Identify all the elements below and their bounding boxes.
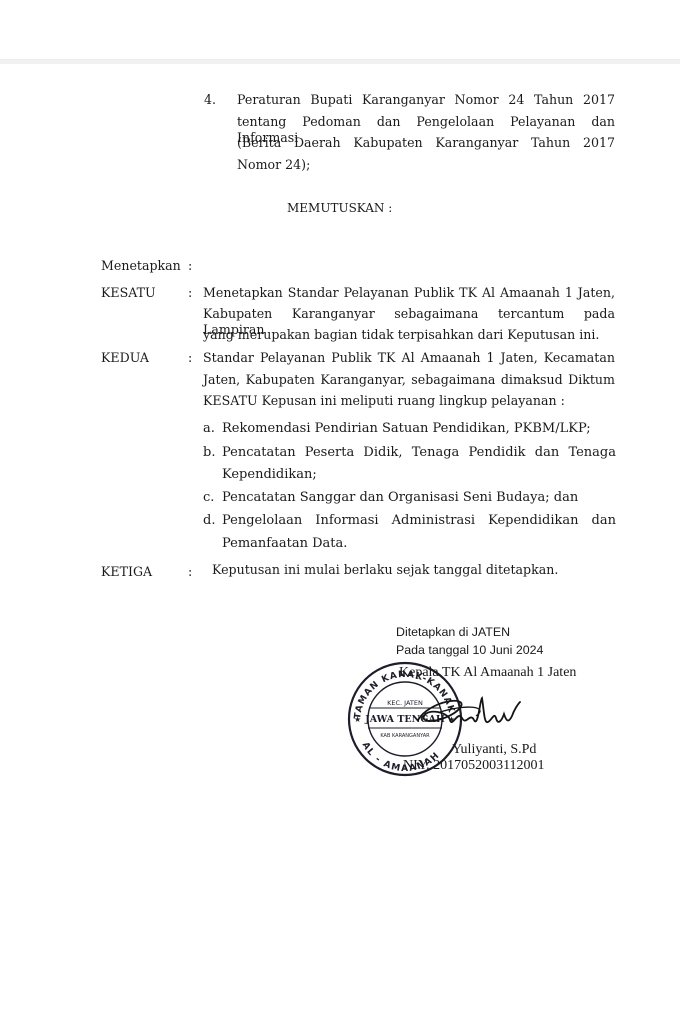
kedua-item-marker: c. (203, 490, 214, 506)
handwritten-signature-icon (410, 690, 530, 742)
menetapkan-label: Menetapkan (101, 258, 181, 274)
ketiga-label: KETIGA (101, 564, 152, 580)
signature-position: Kepala TK Al Amaanah 1 Jaten (399, 665, 576, 681)
kedua-colon: : (188, 350, 192, 366)
ketiga-colon: : (188, 564, 192, 580)
kesatu-label: KESATU (101, 285, 156, 301)
page-top-divider (0, 59, 680, 64)
kedua-label: KEDUA (101, 350, 149, 366)
kedua-item-d: Pengelolaan Informasi Administrasi Kepen… (222, 513, 616, 529)
signature-date: Pada tanggal 10 Juni 2024 (396, 642, 543, 658)
svg-text:★: ★ (354, 715, 361, 724)
ketiga-text: Keputusan ini mulai berlaku sejak tangga… (212, 562, 558, 578)
consideration-line: Peraturan Bupati Karanganyar Nomor 24 Ta… (237, 92, 615, 108)
kedua-item-d-cont: Pemanfaatan Data. (222, 536, 347, 552)
kedua-item-marker: a. (203, 421, 215, 437)
kedua-item-marker: b. (203, 445, 215, 461)
signatory-nip: NIY. 2017052003112001 (403, 758, 545, 774)
kedua-item-c: Pencatatan Sanggar dan Organisasi Seni B… (222, 490, 578, 506)
kesatu-colon: : (188, 285, 192, 301)
kesatu-line: Menetapkan Standar Pelayanan Publik TK A… (203, 285, 615, 301)
kedua-item-a: Rekomendasi Pendirian Satuan Pendidikan,… (222, 421, 591, 437)
signatory-name: Yuliyanti, S.Pd (452, 742, 536, 758)
kedua-line: Standar Pelayanan Publik TK Al Amaanah 1… (203, 350, 615, 366)
decision-heading: MEMUTUSKAN : (287, 200, 392, 216)
consideration-line: (Berita Daerah Kabupaten Karanganyar Tah… (237, 135, 615, 151)
menetapkan-colon: : (188, 258, 192, 274)
kedua-item-b: Pencatatan Peserta Didik, Tenaga Pendidi… (222, 445, 616, 461)
kedua-line: KESATU Kepusan ini meliputi ruang lingku… (203, 393, 565, 409)
kedua-line: Jaten, Kabupaten Karanganyar, sebagaiman… (203, 372, 615, 388)
kedua-item-b-cont: Kependidikan; (222, 467, 317, 483)
kesatu-line: yang merupakan bagian tidak terpisahkan … (203, 327, 599, 343)
consideration-line: Nomor 24); (237, 157, 310, 173)
consideration-number: 4. (204, 92, 216, 108)
kedua-item-marker: d. (203, 513, 215, 529)
signature-place: Ditetapkan di JATEN (396, 624, 510, 640)
